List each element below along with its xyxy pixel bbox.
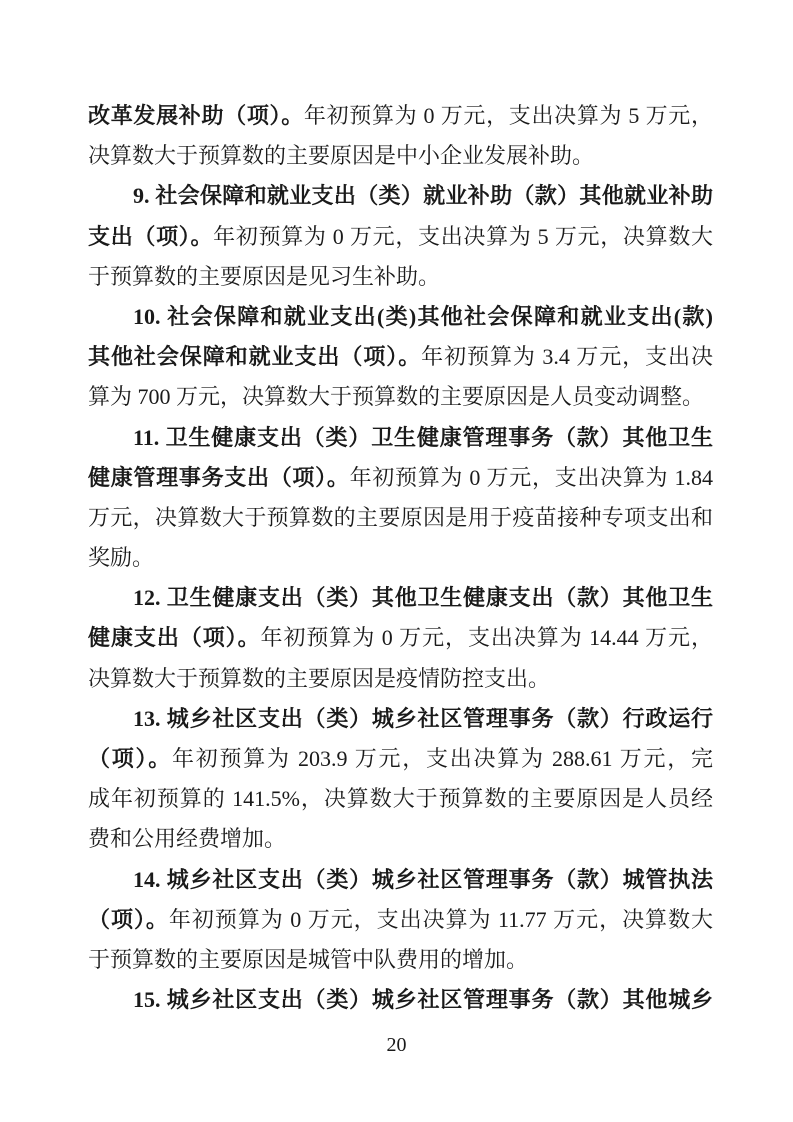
heading-run: （项）。 (88, 907, 169, 932)
paragraph: 12. 卫生健康支出（类）其他卫生健康支出（款）其他卫生健康支出（项）。年初预算… (88, 578, 713, 699)
text-line: 决算数大于预算数的主要原因是疫情防控支出。 (88, 659, 713, 699)
text-line: 其他社会保障和就业支出（项）。年初预算为 3.4 万元，支出决 (88, 337, 713, 377)
text-line: 于预算数的主要原因是城管中队费用的增加。 (88, 940, 713, 980)
heading-run: 15. 城乡社区支出（类）城乡社区管理事务（款）其他城乡 (133, 987, 713, 1012)
heading-run: 13. 城乡社区支出（类）城乡社区管理事务（款）行政运行 (133, 706, 713, 731)
heading-run: 10. 社会保障和就业支出(类)其他社会保障和就业支出(款) (133, 304, 713, 329)
paragraph: 14. 城乡社区支出（类）城乡社区管理事务（款）城管执法（项）。年初预算为 0 … (88, 860, 713, 981)
body-run: 决算数大于预算数的主要原因是疫情防控支出。 (88, 666, 550, 691)
body-run: 年初预算为 0 万元，支出决算为 14.44 万元， (261, 625, 713, 650)
paragraph: 11. 卫生健康支出（类）卫生健康管理事务（款）其他卫生健康管理事务支出（项）。… (88, 418, 713, 579)
text-line: 14. 城乡社区支出（类）城乡社区管理事务（款）城管执法 (88, 860, 713, 900)
paragraph: 13. 城乡社区支出（类）城乡社区管理事务（款）行政运行（项）。年初预算为 20… (88, 699, 713, 860)
heading-run: 健康管理事务支出（项）。 (88, 465, 350, 490)
body-run: 决算数大于预算数的主要原因是中小企业发展补助。 (88, 143, 594, 168)
document-content: 改革发展补助（项）。年初预算为 0 万元，支出决算为 5 万元，决算数大于预算数… (88, 96, 713, 1020)
text-line: 9. 社会保障和就业支出（类）就业补助（款）其他就业补助 (88, 176, 713, 216)
paragraph: 15. 城乡社区支出（类）城乡社区管理事务（款）其他城乡 (88, 980, 713, 1020)
page-number: 20 (0, 1031, 793, 1059)
body-run: 奖励。 (88, 545, 154, 570)
heading-run: （项）。 (88, 746, 172, 771)
text-line: 成年初预算的 141.5%，决算数大于预算数的主要原因是人员经 (88, 779, 713, 819)
paragraph: 10. 社会保障和就业支出(类)其他社会保障和就业支出(款)其他社会保障和就业支… (88, 297, 713, 418)
text-line: 改革发展补助（项）。年初预算为 0 万元，支出决算为 5 万元， (88, 96, 713, 136)
heading-run: 12. 卫生健康支出（类）其他卫生健康支出（款）其他卫生 (133, 585, 713, 610)
text-line: 费和公用经费增加。 (88, 819, 713, 859)
body-run: 万元，决算数大于预算数的主要原因是用于疫苗接种专项支出和 (88, 505, 713, 530)
body-run: 年初预算为 3.4 万元，支出决 (421, 344, 713, 369)
heading-run: 支出（项）。 (88, 224, 213, 249)
text-line: 健康管理事务支出（项）。年初预算为 0 万元，支出决算为 1.84 (88, 458, 713, 498)
text-line: 11. 卫生健康支出（类）卫生健康管理事务（款）其他卫生 (88, 418, 713, 458)
text-line: 算为 700 万元，决算数大于预算数的主要原因是人员变动调整。 (88, 377, 713, 417)
text-line: 万元，决算数大于预算数的主要原因是用于疫苗接种专项支出和 (88, 498, 713, 538)
paragraph: 9. 社会保障和就业支出（类）就业补助（款）其他就业补助支出（项）。年初预算为 … (88, 176, 713, 297)
text-line: 13. 城乡社区支出（类）城乡社区管理事务（款）行政运行 (88, 699, 713, 739)
body-run: 年初预算为 0 万元，支出决算为 5 万元， (304, 103, 713, 128)
heading-run: 改革发展补助（项）。 (88, 103, 304, 128)
body-run: 于预算数的主要原因是城管中队费用的增加。 (88, 947, 528, 972)
text-line: （项）。年初预算为 0 万元，支出决算为 11.77 万元，决算数大 (88, 900, 713, 940)
body-run: 费和公用经费增加。 (88, 826, 286, 851)
heading-run: 其他社会保障和就业支出（项）。 (88, 344, 421, 369)
body-run: 年初预算为 0 万元，支出决算为 1.84 (350, 465, 713, 490)
text-line: 15. 城乡社区支出（类）城乡社区管理事务（款）其他城乡 (88, 980, 713, 1020)
text-line: 10. 社会保障和就业支出(类)其他社会保障和就业支出(款) (88, 297, 713, 337)
body-run: 成年初预算的 141.5%，决算数大于预算数的主要原因是人员经 (88, 786, 713, 811)
text-line: （项）。年初预算为 203.9 万元，支出决算为 288.61 万元，完 (88, 739, 713, 779)
text-line: 支出（项）。年初预算为 0 万元，支出决算为 5 万元，决算数大 (88, 217, 713, 257)
body-run: 算为 700 万元，决算数大于预算数的主要原因是人员变动调整。 (88, 384, 704, 409)
paragraph: 改革发展补助（项）。年初预算为 0 万元，支出决算为 5 万元，决算数大于预算数… (88, 96, 713, 176)
heading-run: 9. 社会保障和就业支出（类）就业补助（款）其他就业补助 (133, 183, 713, 208)
body-run: 年初预算为 0 万元，支出决算为 11.77 万元，决算数大 (169, 907, 713, 932)
heading-run: 14. 城乡社区支出（类）城乡社区管理事务（款）城管执法 (133, 867, 713, 892)
text-line: 于预算数的主要原因是见习生补助。 (88, 257, 713, 297)
text-line: 奖励。 (88, 538, 713, 578)
body-run: 于预算数的主要原因是见习生补助。 (88, 264, 440, 289)
body-run: 年初预算为 0 万元，支出决算为 5 万元，决算数大 (213, 224, 713, 249)
body-run: 年初预算为 203.9 万元，支出决算为 288.61 万元，完 (172, 746, 713, 771)
heading-run: 11. 卫生健康支出（类）卫生健康管理事务（款）其他卫生 (133, 425, 713, 450)
heading-run: 健康支出（项）。 (88, 625, 261, 650)
text-line: 健康支出（项）。年初预算为 0 万元，支出决算为 14.44 万元， (88, 618, 713, 658)
document-page: 改革发展补助（项）。年初预算为 0 万元，支出决算为 5 万元，决算数大于预算数… (0, 0, 793, 1122)
text-line: 12. 卫生健康支出（类）其他卫生健康支出（款）其他卫生 (88, 578, 713, 618)
text-line: 决算数大于预算数的主要原因是中小企业发展补助。 (88, 136, 713, 176)
